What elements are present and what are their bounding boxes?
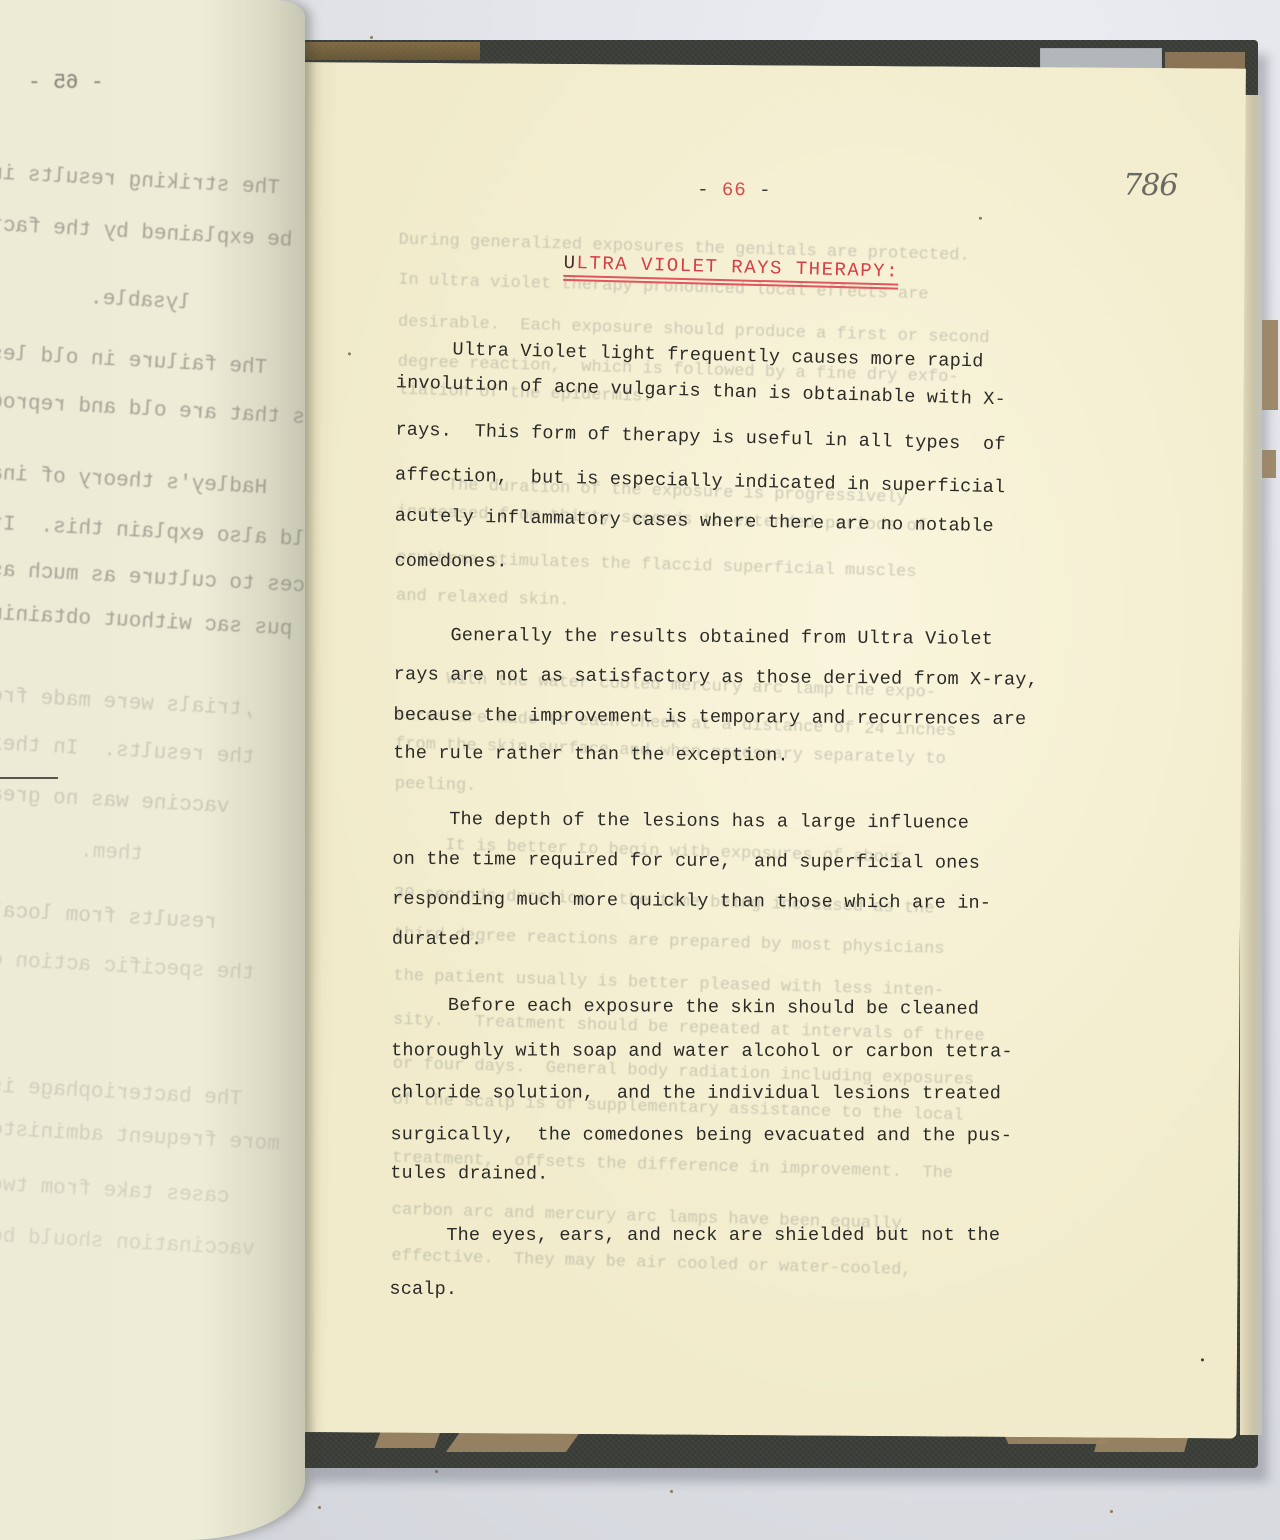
paper-speck — [348, 352, 351, 355]
mirrored-text-line: ences to culture as much as — [0, 559, 305, 600]
text-line: Generally the results obtained from Ultr… — [394, 625, 993, 650]
mirrored-text-line: them. — [79, 840, 143, 866]
text-line: durated. — [392, 929, 483, 951]
mirrored-text-line: results from local — [0, 900, 217, 935]
text-line: tules drained. — [390, 1163, 548, 1185]
dust-speck — [435, 1470, 438, 1473]
bleed-line: and relaxed skin. — [396, 587, 570, 611]
text-line: Before each exposure the skin should be … — [391, 995, 979, 1020]
facing-page-curled: - 65 - The striking results in be explai… — [0, 0, 305, 1540]
text-line: responding much more quickly than those … — [392, 889, 991, 914]
text-line: acutely inflammatory cases where there a… — [395, 506, 994, 537]
bleed-line: peeling. — [394, 775, 476, 796]
document-page: During generalized exposures the genital… — [290, 62, 1246, 1439]
mirrored-text-line: lysable. — [89, 287, 191, 315]
mirrored-text-line: more frequent administe — [0, 1118, 280, 1156]
mirrored-text-line: The bacteriophage is — [0, 1075, 242, 1111]
dust-speck — [318, 1506, 321, 1509]
dust-speck — [670, 1490, 673, 1493]
text-line: on the time required for cure, and super… — [392, 849, 980, 874]
text-line: the rule rather than the exception. — [393, 743, 789, 767]
text-line: surgically, the comedones being evacuate… — [390, 1124, 1012, 1146]
page-number-dash: - — [697, 179, 710, 201]
mirrored-text-line: Hadley's theory of ina — [0, 463, 268, 500]
text-line: because the improvement is temporary and… — [393, 705, 1026, 730]
page-number: - 66 - — [697, 179, 772, 202]
text-line: scalp. — [389, 1279, 457, 1300]
mirrored-text-line: be explained by the fact — [0, 214, 293, 253]
page-number-value: 66 — [722, 179, 747, 201]
mirrored-text-line: cases take from two — [0, 1174, 230, 1210]
dust-speck — [370, 36, 373, 39]
paper-speck — [1201, 1358, 1204, 1361]
mirrored-text-line: the pus sac without obtainin — [0, 603, 305, 644]
text-line: The depth of the lesions has a large inf… — [393, 809, 970, 834]
facing-page-number: - 65 - — [28, 72, 104, 95]
mirrored-text-line: the results. In thei — [0, 733, 255, 770]
worn-cover-edge — [300, 42, 480, 60]
mirrored-text-line: The failure in old les — [0, 343, 268, 380]
text-line: thoroughly with soap and water alcohol o… — [391, 1040, 1013, 1062]
mirrored-text-line: vaccine was no grea — [0, 784, 230, 820]
mirrored-text-line: The striking results in — [0, 162, 280, 200]
bleed-line: effective. They may be air cooled or wat… — [391, 1247, 912, 1281]
paper-speck — [979, 217, 982, 220]
mirrored-text-line: the specific action o — [0, 949, 255, 986]
text-line: comedones. — [394, 551, 507, 573]
section-title-initial: U — [563, 252, 576, 274]
text-line: chloride solution, and the individual le… — [391, 1082, 1001, 1104]
page-number-dash: - — [759, 179, 772, 201]
mirrored-text-line: could also explain this. It — [0, 513, 305, 554]
mirrored-text-line: vaccination should be — [0, 1225, 255, 1262]
mirrored-text-line: ions that are old and reprod — [0, 391, 305, 432]
text-line: rays. This form of therapy is useful in … — [395, 419, 1006, 455]
mirrored-text-line: ,trials were made fro — [0, 685, 255, 722]
dust-speck — [1110, 1510, 1113, 1513]
mirrored-underline — [0, 777, 58, 779]
handwritten-catalog-number: 786 — [1123, 168, 1178, 203]
torn-paper-fragment — [1262, 320, 1278, 410]
text-line: The eyes, ears, and neck are shielded bu… — [390, 1225, 1000, 1246]
